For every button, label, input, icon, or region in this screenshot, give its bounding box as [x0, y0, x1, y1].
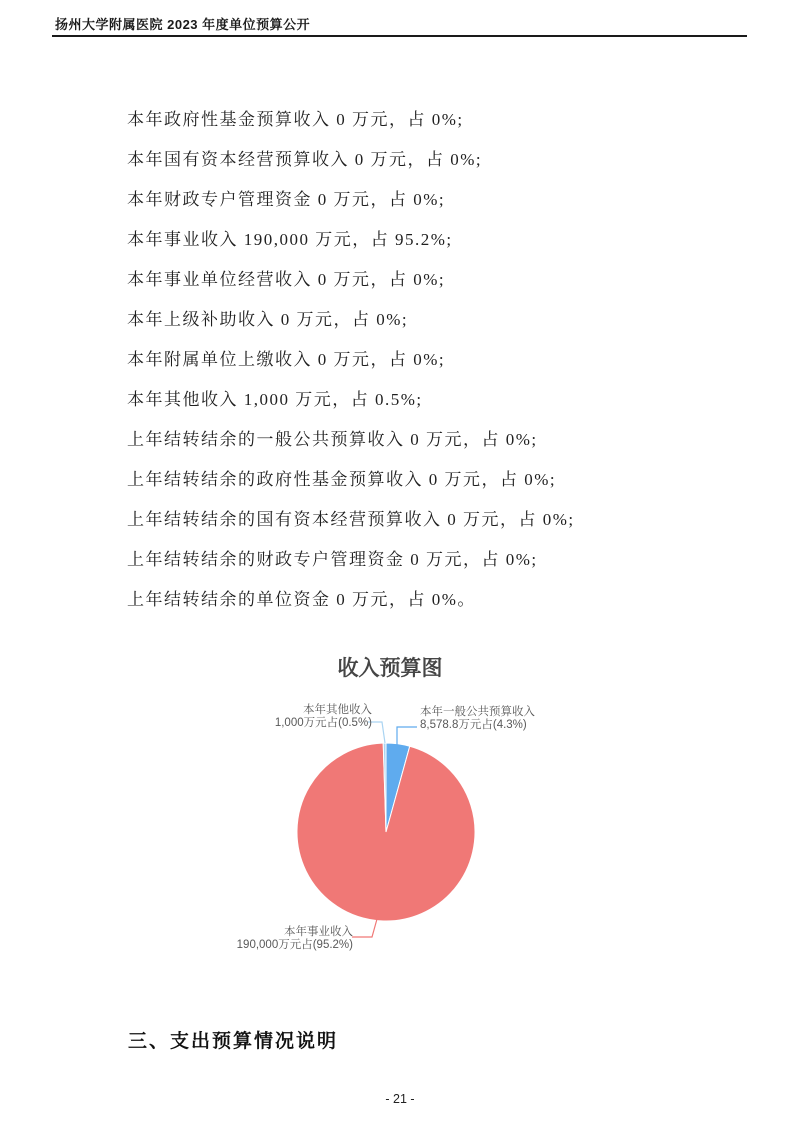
pie-label-name: 本年一般公共预算收入 [420, 706, 535, 719]
header-rule [52, 35, 747, 37]
pie-label-name: 本年事业收入 [237, 926, 353, 939]
body-line: 上年结转结余的单位资金 0 万元，占 0%。 [127, 577, 747, 617]
body-line: 本年事业单位经营收入 0 万元，占 0%; [127, 257, 747, 297]
pie-slices [297, 743, 475, 921]
leader-line-service [352, 919, 377, 937]
pie-label-value: 8,578.8万元占(4.3%) [420, 719, 535, 732]
pie-label-value: 1,000万元占(0.5%) [275, 717, 372, 730]
body-line: 本年上级补助收入 0 万元，占 0%; [127, 297, 747, 337]
body-line: 上年结转结余的一般公共预算收入 0 万元，占 0%; [127, 417, 747, 457]
leader-line-general [397, 727, 417, 746]
body-line: 上年结转结余的财政专户管理资金 0 万元，占 0%; [127, 537, 747, 577]
pie-label-value: 190,000万元占(95.2%) [237, 939, 353, 952]
section-heading: 三、支出预算情况说明 [128, 1026, 338, 1053]
body-text-block: 本年政府性基金预算收入 0 万元，占 0%; 本年国有资本经营预算收入 0 万元… [127, 97, 747, 617]
body-line: 本年财政专户管理资金 0 万元，占 0%; [127, 177, 747, 217]
document-page: 扬州大学附属医院 2023 年度单位预算公开 本年政府性基金预算收入 0 万元，… [0, 0, 800, 1131]
body-line: 本年附属单位上缴收入 0 万元，占 0%; [127, 337, 747, 377]
document-header-title: 扬州大学附属医院 2023 年度单位预算公开 [55, 14, 310, 33]
page-number: - 21 - [0, 1092, 800, 1106]
pie-label-general-budget-income: 本年一般公共预算收入 8,578.8万元占(4.3%) [420, 706, 535, 731]
pie-label-service-income: 本年事业收入 190,000万元占(95.2%) [237, 926, 353, 951]
body-line: 本年政府性基金预算收入 0 万元，占 0%; [127, 97, 747, 137]
body-line: 本年其他收入 1,000 万元，占 0.5%; [127, 377, 747, 417]
body-line: 上年结转结余的政府性基金预算收入 0 万元，占 0%; [127, 457, 747, 497]
chart-title: 收入预算图 [180, 652, 600, 682]
body-line: 本年事业收入 190,000 万元，占 95.2%; [127, 217, 747, 257]
body-line: 上年结转结余的国有资本经营预算收入 0 万元，占 0%; [127, 497, 747, 537]
pie-label-other-income: 本年其他收入 1,000万元占(0.5%) [275, 704, 372, 729]
body-line: 本年国有资本经营预算收入 0 万元，占 0%; [127, 137, 747, 177]
pie-label-name: 本年其他收入 [275, 704, 372, 717]
